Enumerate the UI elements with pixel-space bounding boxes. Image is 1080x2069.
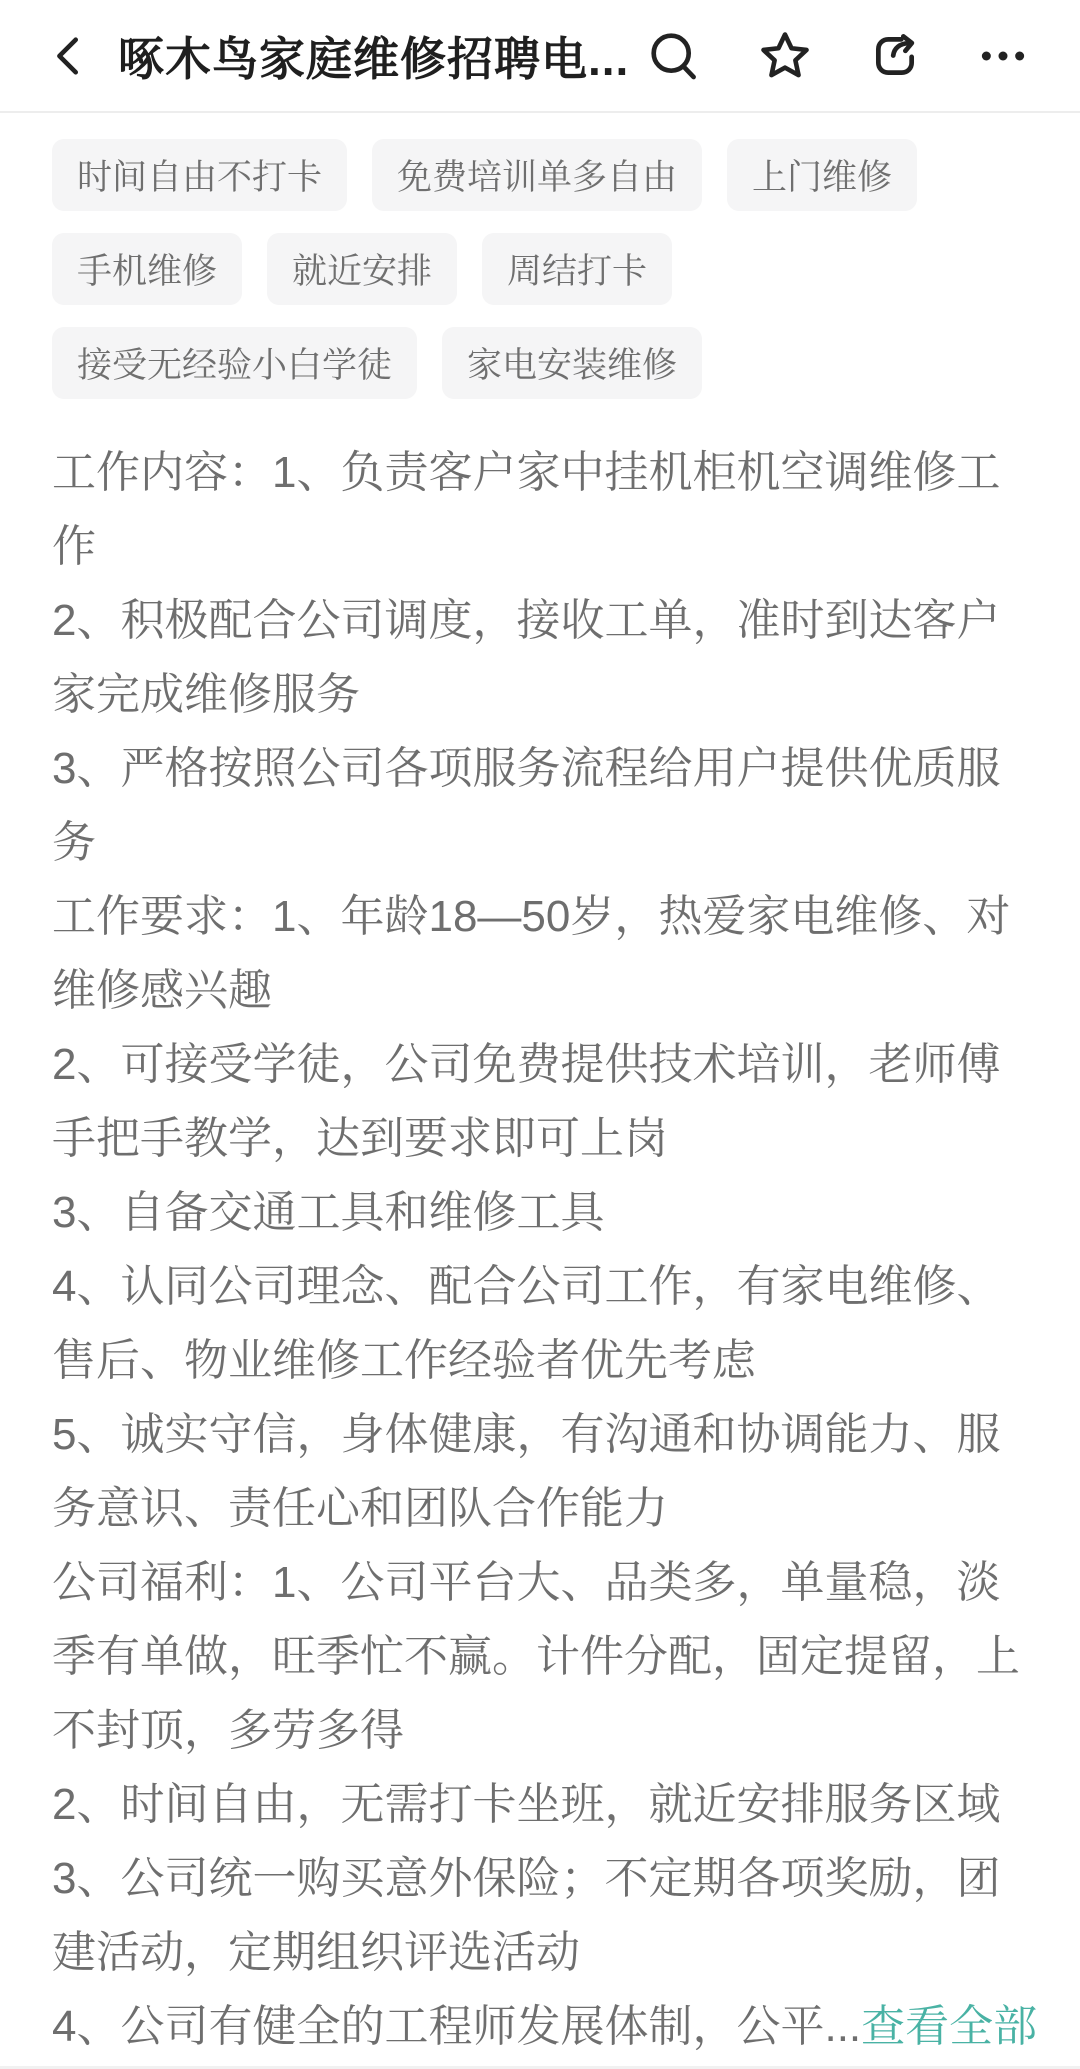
tag-row: 手机维修就近安排周结打卡 [52, 233, 1028, 305]
share-icon [868, 29, 922, 83]
more-icon [976, 29, 1030, 83]
tag-chip: 上门维修 [727, 139, 917, 211]
back-button[interactable] [46, 33, 92, 79]
app-header: 啄木鸟家庭维修招聘电... [0, 0, 1080, 113]
tag-chip: 周结打卡 [482, 233, 672, 305]
job-description-paragraph: 工作要求：1、年龄18—50岁，热爱家电维修、对维修感兴趣 [52, 880, 1028, 1028]
page-title: 啄木鸟家庭维修招聘电... [118, 23, 629, 89]
job-description-paragraph: 公司福利：1、公司平台大、品类多，单量稳，淡季有单做，旺季忙不赢。计件分配，固定… [52, 1546, 1028, 1768]
tag-row: 时间自由不打卡免费培训单多自由上门维修 [52, 139, 1028, 211]
share-button[interactable] [868, 29, 922, 83]
tag-chip: 时间自由不打卡 [52, 139, 347, 211]
job-description-paragraph: 2、积极配合公司调度，接收工单，准时到达客户家完成维修服务 [52, 584, 1028, 732]
chevron-left-icon [46, 33, 92, 79]
tag-chip: 家电安装维修 [442, 327, 702, 399]
tag-row: 接受无经验小白学徒家电安装维修 [52, 327, 1028, 399]
tag-chip: 免费培训单多自由 [372, 139, 702, 211]
job-detail-page: 啄木鸟家庭维修招聘电... [0, 0, 1080, 2069]
star-icon [756, 27, 814, 85]
job-description-last-paragraph: 4、公司有健全的工程师发展体制，公平...查看全部 [52, 1990, 1028, 2064]
view-all-link[interactable]: 查看全部 [861, 2002, 1037, 2051]
favorite-button[interactable] [756, 27, 814, 85]
job-description-paragraph: 2、可接受学徒，公司免费提供技术培训，老师傅手把手教学，达到要求即可上岗 [52, 1028, 1028, 1176]
appbar-actions [646, 27, 1030, 85]
job-description-paragraph: 2、时间自由，无需打卡坐班，就近安排服务区域 [52, 1768, 1028, 1842]
tag-chip: 手机维修 [52, 233, 242, 305]
tag-chip: 接受无经验小白学徒 [52, 327, 417, 399]
search-icon [646, 28, 702, 84]
more-button[interactable] [976, 29, 1030, 83]
job-description-paragraph: 3、自备交通工具和维修工具 [52, 1176, 1028, 1250]
tags-section: 时间自由不打卡免费培训单多自由上门维修 手机维修就近安排周结打卡 接受无经验小白… [0, 113, 1080, 399]
job-description-paragraph: 5、诚实守信，身体健康，有沟通和协调能力、服务意识、责任心和团队合作能力 [52, 1398, 1028, 1546]
truncated-text: 4、公司有健全的工程师发展体制，公平... [52, 2002, 861, 2051]
job-description-paragraph: 3、公司统一购买意外保险；不定期各项奖励，团建活动，定期组织评选活动 [52, 1842, 1028, 1990]
search-button[interactable] [646, 28, 702, 84]
job-description-paragraph: 工作内容：1、负责客户家中挂机柜机空调维修工作 [52, 436, 1028, 584]
job-description-paragraph: 3、严格按照公司各项服务流程给用户提供优质服务 [52, 732, 1028, 880]
job-description-paragraphs: 工作内容：1、负责客户家中挂机柜机空调维修工作2、积极配合公司调度，接收工单，准… [52, 436, 1028, 1990]
job-description-paragraph: 4、认同公司理念、配合公司工作，有家电维修、售后、物业维修工作经验者优先考虑 [52, 1250, 1028, 1398]
tag-chip: 就近安排 [267, 233, 457, 305]
job-description: 工作内容：1、负责客户家中挂机柜机空调维修工作2、积极配合公司调度，接收工单，准… [0, 421, 1080, 2064]
